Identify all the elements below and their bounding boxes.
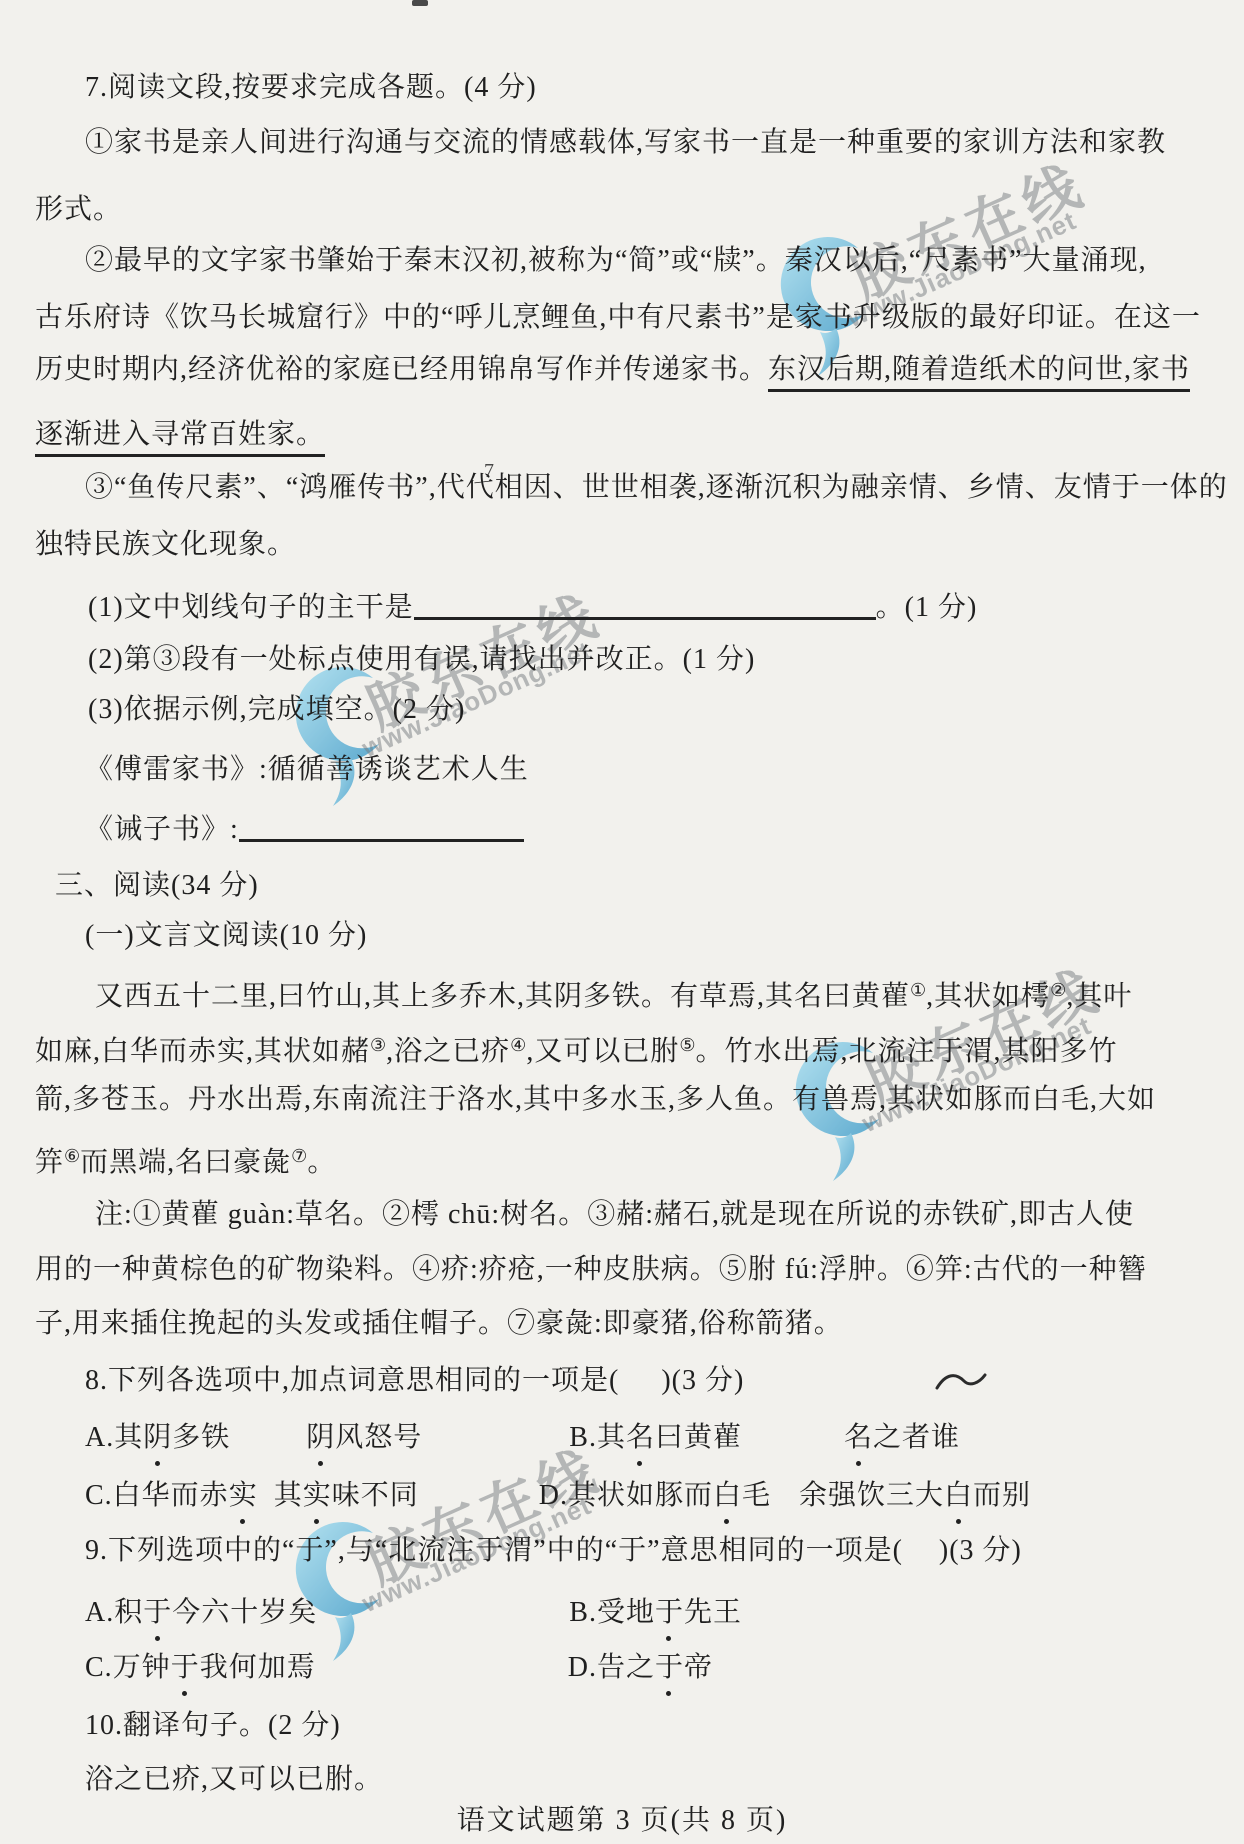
text-segment: ,又可以已胕	[526, 1036, 679, 1067]
text-segment: 。竹水出焉,北流注于渭,其阳多竹	[695, 1036, 1117, 1067]
para1-line2: 形式。	[35, 192, 122, 228]
emphasized-char: 于	[171, 1650, 200, 1686]
text-segment: 其	[274, 1480, 303, 1511]
text-segment: 《傅雷家书》:循循善诱谈艺术人生	[85, 754, 529, 785]
answer-blank	[239, 813, 524, 842]
scan-artifact	[412, 0, 428, 6]
q7-fillin: 《诫子书》:	[85, 812, 524, 848]
text-segment: 7.阅读文段,按要求完成各题。(4 分)	[85, 72, 537, 103]
text-segment: 余强饮三大	[799, 1480, 944, 1511]
squiggle-mark	[933, 1368, 989, 1401]
text-segment: )(3 分)	[661, 1365, 744, 1396]
underlined-text: 东汉后期,随着造纸术的问世,家书	[768, 354, 1190, 392]
q7-sub2: (2)第③段有一处标点使用有误,请找出并改正。(1 分)	[88, 642, 755, 678]
q8-options-ab: A.其阴多铁阴风怒号B.其名曰黄雚名之者谁	[85, 1420, 960, 1456]
q7-example: 《傅雷家书》:循循善诱谈艺术人生	[85, 752, 529, 788]
emphasized-char: 实	[303, 1478, 332, 1514]
emphasized-char: 白	[944, 1478, 973, 1514]
emphasized-char: 于	[655, 1595, 684, 1631]
notes-line3: 子,用来插住挽起的头发或插住帽子。⑦豪彘:即豪猪,俗称箭猪。	[35, 1306, 843, 1342]
notes-line2: 用的一种黄棕色的矿物染料。④疥:疥疮,一种皮肤病。⑤胕 fú:浮肿。⑥笄:古代的…	[35, 1252, 1147, 1288]
q10-stem: 10.翻译句子。(2 分)	[85, 1708, 341, 1744]
emphasized-char: 阴	[306, 1420, 335, 1456]
q8-options-cd: C.白华而赤实其实味不同D.其状如豚而白毛余强饮三大白而别	[85, 1478, 1031, 1514]
text-segment: 8.下列各选项中,加点词意思相同的一项是(	[85, 1365, 619, 1396]
text-segment: ①家书是亲人间进行沟通与交流的情感载体,写家书一直是一种重要的家训方法和家教	[85, 127, 1166, 158]
text-segment: 用的一种黄棕色的矿物染料。④疥:疥疮,一种皮肤病。⑤胕 fú:浮肿。⑥笄:古代的…	[35, 1254, 1147, 1285]
text-segment: 帝	[684, 1652, 713, 1683]
text-segment: 古乐府诗《饮马长城窟行》中的“呼儿烹鲤鱼,中有尺素书”是家书升级版的最好印证。在…	[35, 302, 1201, 333]
passage2-line4: 笄⑥而黑端,名曰豪彘⑦。	[35, 1138, 336, 1181]
passage2-line2: 如麻,白华而赤实,其状如赭③,浴之已疥④,又可以已胕⑤。竹水出焉,北流注于渭,其…	[35, 1027, 1117, 1070]
para3-line1: ③“鱼传尺素”、“鸿雁传书”,代代相因、世世相袭,逐渐沉积为融亲情、乡情、友情于…	[85, 470, 1228, 506]
text-segment: 独特民族文化现象。	[35, 529, 296, 560]
text-segment: 注:①黄雚 guàn:草名。②樗 chū:树名。③赭:赭石,就是现在所说的赤铁矿…	[95, 1199, 1134, 1230]
emphasized-char: 名	[626, 1420, 655, 1456]
text-segment: 箭,多苍玉。丹水出焉,东南流注于洛水,其中多水玉,多人鱼。有兽焉,其状如豚而白毛…	[35, 1084, 1156, 1115]
text-segment: 我何加焉	[200, 1652, 316, 1683]
q9-options-cd: C.万钟于我何加焉D.告之于帝	[85, 1650, 713, 1686]
text-segment: 历史时期内,经济优裕的家庭已经用锦帛写作并传递家书。	[35, 354, 768, 385]
text-segment: 。(1 分)	[876, 592, 978, 623]
emphasized-char: 于	[143, 1595, 172, 1631]
text-segment: 9.下列选项中的“于”,与“北流注于渭”中的“于”意思相同的一项是(	[85, 1535, 903, 1566]
text-segment: ,其状如樗	[926, 981, 1050, 1012]
para2-line4: 逐渐进入寻常百姓家。	[35, 417, 325, 453]
q7-sub1: (1)文中划线句子的主干是。(1 分)	[88, 590, 977, 626]
q7-stem: 7.阅读文段,按要求完成各题。(4 分)	[85, 70, 537, 106]
emphasized-char: 白	[713, 1478, 742, 1514]
text-segment: B.其	[569, 1422, 626, 1453]
part1-heading: (一)文言文阅读(10 分)	[85, 918, 367, 954]
text-segment: A.其	[85, 1422, 143, 1453]
superscript-ref: ②	[1050, 980, 1066, 1000]
text-segment: 笄	[35, 1147, 64, 1178]
text-segment: 10.翻译句子。(2 分)	[85, 1710, 341, 1741]
exam-paper-page: 胶东在线www.JiaoDong.net胶东在线www.JiaoDong.net…	[0, 0, 1244, 1844]
text-segment: B.受地	[569, 1597, 655, 1628]
watermark-brand-text: 胶东在线	[837, 141, 1096, 315]
text-segment: 又西五十二里,曰竹山,其上多乔木,其阴多铁。有草焉,其名曰黄雚	[95, 981, 910, 1012]
text-segment: 而别	[973, 1480, 1031, 1511]
q7-sub3: (3)依据示例,完成填空。(2 分)	[88, 692, 465, 728]
para3-line2: 独特民族文化现象。	[35, 527, 296, 563]
text-segment: 风怒号	[335, 1422, 422, 1453]
text-segment: ,其叶	[1066, 981, 1132, 1012]
para1-line1: ①家书是亲人间进行沟通与交流的情感载体,写家书一直是一种重要的家训方法和家教	[85, 125, 1166, 161]
superscript-ref: ⑦	[291, 1146, 307, 1166]
text-segment: (一)文言文阅读(10 分)	[85, 920, 367, 951]
superscript-ref: ③	[370, 1035, 386, 1055]
text-segment: ③“鱼传尺素”、“鸿雁传书”,代代相因、世世相袭,逐渐沉积为融亲情、乡情、友情于…	[85, 472, 1228, 503]
emphasized-char: 实	[229, 1478, 258, 1514]
section3-heading: 三、阅读(34 分)	[55, 868, 259, 904]
text-segment: 今六十岁矣	[172, 1597, 317, 1628]
para2-line1: ②最早的文字家书肇始于秦末汉初,被称为“简”或“牍”。秦汉以后,“尺素书”大量涌…	[85, 243, 1147, 279]
text-segment: ,浴之已疥	[386, 1036, 510, 1067]
superscript-ref: ①	[910, 980, 926, 1000]
text-segment: 味不同	[332, 1480, 419, 1511]
para2-line2: 古乐府诗《饮马长城窟行》中的“呼儿烹鲤鱼,中有尺素书”是家书升级版的最好印证。在…	[35, 300, 1201, 336]
text-segment: 多铁	[172, 1422, 230, 1453]
text-segment: C.白华而赤	[85, 1480, 229, 1511]
passage2-line3: 箭,多苍玉。丹水出焉,东南流注于洛水,其中多水玉,多人鱼。有兽焉,其状如豚而白毛…	[35, 1082, 1156, 1118]
answer-blank	[414, 591, 876, 620]
emphasized-char: 阴	[143, 1420, 172, 1456]
q8-stem: 8.下列各选项中,加点词意思相同的一项是()(3 分)	[85, 1363, 744, 1399]
text-segment: D.其状如豚而	[539, 1480, 713, 1511]
emphasized-char: 名	[844, 1420, 873, 1456]
text-segment: 形式。	[35, 194, 122, 225]
scan-artifact: 7	[484, 460, 494, 483]
text-segment: (2)第③段有一处标点使用有误,请找出并改正。(1 分)	[88, 644, 755, 675]
q10-sentence: 浴之已疥,又可以已胕。	[85, 1762, 383, 1798]
q9-options-ab: A.积于今六十岁矣B.受地于先王	[85, 1595, 742, 1631]
superscript-ref: ⑥	[64, 1146, 80, 1166]
superscript-ref: ④	[510, 1035, 526, 1055]
text-segment: 三、阅读(34 分)	[55, 870, 259, 901]
passage2-line1: 又西五十二里,曰竹山,其上多乔木,其阴多铁。有草焉,其名曰黄雚①,其状如樗②,其…	[95, 972, 1132, 1015]
emphasized-char: 于	[655, 1650, 684, 1686]
text-segment: 先王	[684, 1597, 742, 1628]
text-segment: 。	[307, 1147, 336, 1178]
text-segment: (3)依据示例,完成填空。(2 分)	[88, 694, 465, 725]
superscript-ref: ⑤	[679, 1035, 695, 1055]
text-segment: ②最早的文字家书肇始于秦末汉初,被称为“简”或“牍”。秦汉以后,“尺素书”大量涌…	[85, 245, 1147, 276]
para2-line3: 历史时期内,经济优裕的家庭已经用锦帛写作并传递家书。东汉后期,随着造纸术的问世,…	[35, 352, 1190, 388]
notes-line1: 注:①黄雚 guàn:草名。②樗 chū:树名。③赭:赭石,就是现在所说的赤铁矿…	[95, 1197, 1134, 1233]
text-segment: C.万钟	[85, 1652, 171, 1683]
text-segment: 之者谁	[873, 1422, 960, 1453]
text-segment: 子,用来插住挽起的头发或插住帽子。⑦豪彘:即豪猪,俗称箭猪。	[35, 1308, 843, 1339]
text-segment: 如麻,白华而赤实,其状如赭	[35, 1036, 370, 1067]
text-segment: 曰黄雚	[655, 1422, 742, 1453]
text-segment: (1)文中划线句子的主干是	[88, 592, 414, 623]
text-segment: 《诫子书》:	[85, 814, 239, 845]
text-segment: )(3 分)	[939, 1535, 1022, 1566]
text-segment: D.告之	[568, 1652, 655, 1683]
text-segment: A.积	[85, 1597, 143, 1628]
text-segment: 浴之已疥,又可以已胕。	[85, 1764, 383, 1795]
text-segment: 毛	[742, 1480, 771, 1511]
text-segment: 而黑端,名曰豪彘	[80, 1147, 291, 1178]
q9-stem: 9.下列选项中的“于”,与“北流注于渭”中的“于”意思相同的一项是()(3 分)	[85, 1533, 1022, 1569]
underlined-text: 逐渐进入寻常百姓家。	[35, 419, 325, 457]
page-footer: 语文试题第 3 页(共 8 页)	[0, 1798, 1244, 1838]
